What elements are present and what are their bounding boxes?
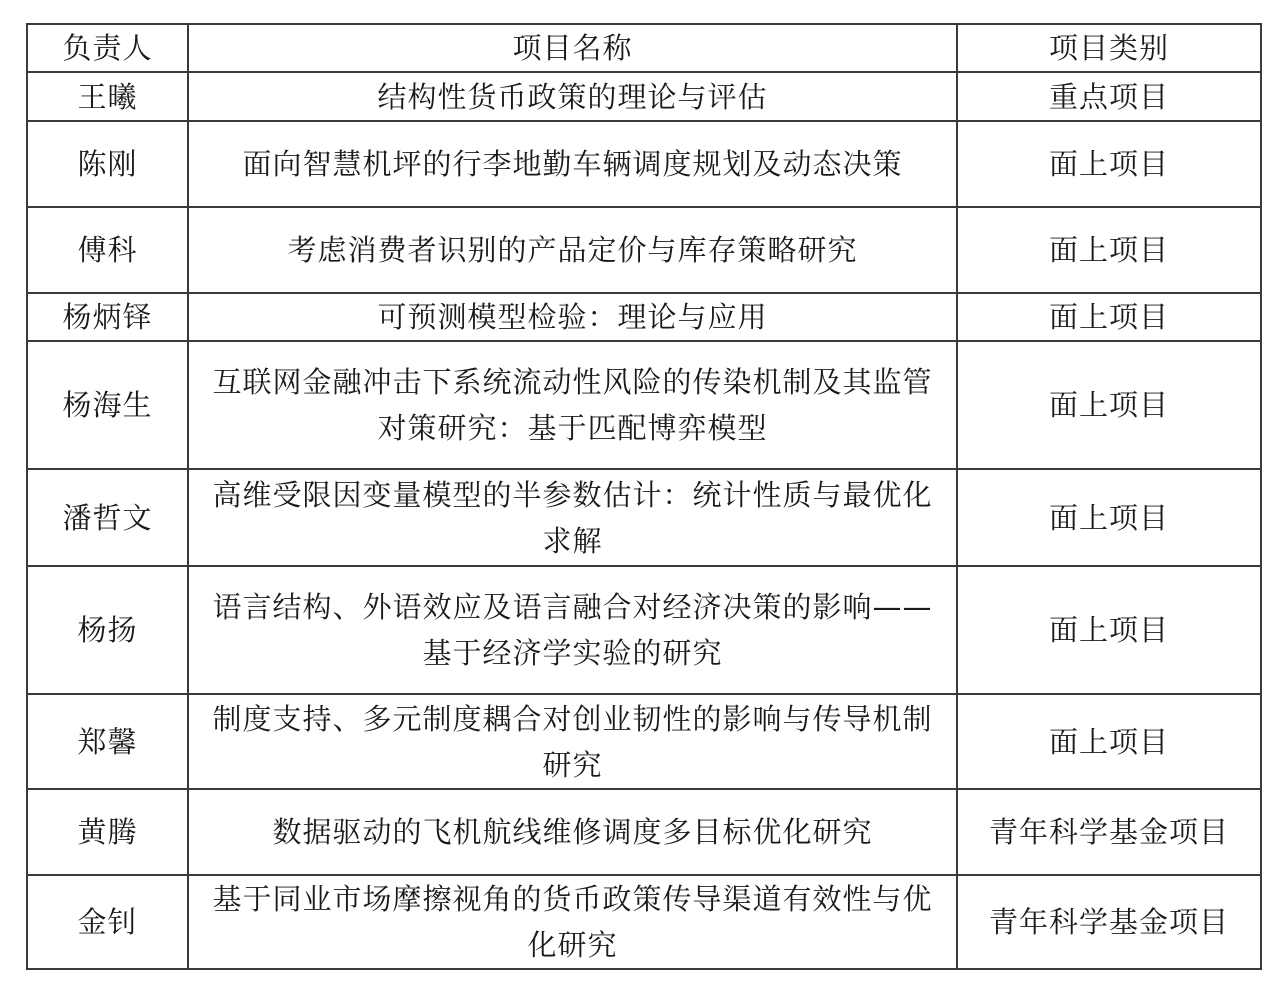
project-name-cell: 制度支持、多元制度耦合对创业韧性的影响与传导机制研究 [188,694,957,789]
table-row: 郑馨制度支持、多元制度耦合对创业韧性的影响与传导机制研究面上项目 [27,694,1261,789]
header-project-name: 项目名称 [188,24,957,72]
project-category-cell: 青年科学基金项目 [957,789,1261,875]
table-row: 黄腾数据驱动的飞机航线维修调度多目标优化研究青年科学基金项目 [27,789,1261,875]
project-name-cell: 高维受限因变量模型的半参数估计：统计性质与最优化求解 [188,469,957,566]
leader-cell: 潘哲文 [27,469,188,566]
leader-cell: 杨炳铎 [27,293,188,341]
table-row: 王曦结构性货币政策的理论与评估重点项目 [27,72,1261,121]
project-category-cell: 面上项目 [957,469,1261,566]
project-category-cell: 面上项目 [957,121,1261,207]
project-category-cell: 重点项目 [957,72,1261,121]
leader-cell: 杨扬 [27,566,188,694]
table-row: 杨扬语言结构、外语效应及语言融合对经济决策的影响——基于经济学实验的研究面上项目 [27,566,1261,694]
table-row: 陈刚面向智慧机坪的行李地勤车辆调度规划及动态决策面上项目 [27,121,1261,207]
leader-cell: 傅科 [27,207,188,293]
leader-cell: 王曦 [27,72,188,121]
leader-cell: 杨海生 [27,341,188,469]
table-row: 金钊基于同业市场摩擦视角的货币政策传导渠道有效性与优化研究青年科学基金项目 [27,875,1261,969]
project-category-cell: 面上项目 [957,293,1261,341]
project-table: 负责人 项目名称 项目类别 王曦结构性货币政策的理论与评估重点项目陈刚面向智慧机… [26,23,1262,970]
project-name-cell: 互联网金融冲击下系统流动性风险的传染机制及其监管对策研究：基于匹配博弈模型 [188,341,957,469]
project-name-cell: 数据驱动的飞机航线维修调度多目标优化研究 [188,789,957,875]
project-category-cell: 面上项目 [957,694,1261,789]
project-name-cell: 面向智慧机坪的行李地勤车辆调度规划及动态决策 [188,121,957,207]
project-category-cell: 面上项目 [957,341,1261,469]
project-name-cell: 语言结构、外语效应及语言融合对经济决策的影响——基于经济学实验的研究 [188,566,957,694]
table-row: 傅科考虑消费者识别的产品定价与库存策略研究面上项目 [27,207,1261,293]
leader-cell: 郑馨 [27,694,188,789]
leader-cell: 陈刚 [27,121,188,207]
project-name-cell: 考虑消费者识别的产品定价与库存策略研究 [188,207,957,293]
table-row: 杨炳铎可预测模型检验：理论与应用面上项目 [27,293,1261,341]
leader-cell: 黄腾 [27,789,188,875]
project-name-cell: 基于同业市场摩擦视角的货币政策传导渠道有效性与优化研究 [188,875,957,969]
project-category-cell: 面上项目 [957,566,1261,694]
table-row: 杨海生互联网金融冲击下系统流动性风险的传染机制及其监管对策研究：基于匹配博弈模型… [27,341,1261,469]
leader-cell: 金钊 [27,875,188,969]
project-name-cell: 结构性货币政策的理论与评估 [188,72,957,121]
project-category-cell: 青年科学基金项目 [957,875,1261,969]
header-row: 负责人 项目名称 项目类别 [27,24,1261,72]
header-leader: 负责人 [27,24,188,72]
project-name-cell: 可预测模型检验：理论与应用 [188,293,957,341]
project-category-cell: 面上项目 [957,207,1261,293]
header-project-category: 项目类别 [957,24,1261,72]
table-row: 潘哲文高维受限因变量模型的半参数估计：统计性质与最优化求解面上项目 [27,469,1261,566]
